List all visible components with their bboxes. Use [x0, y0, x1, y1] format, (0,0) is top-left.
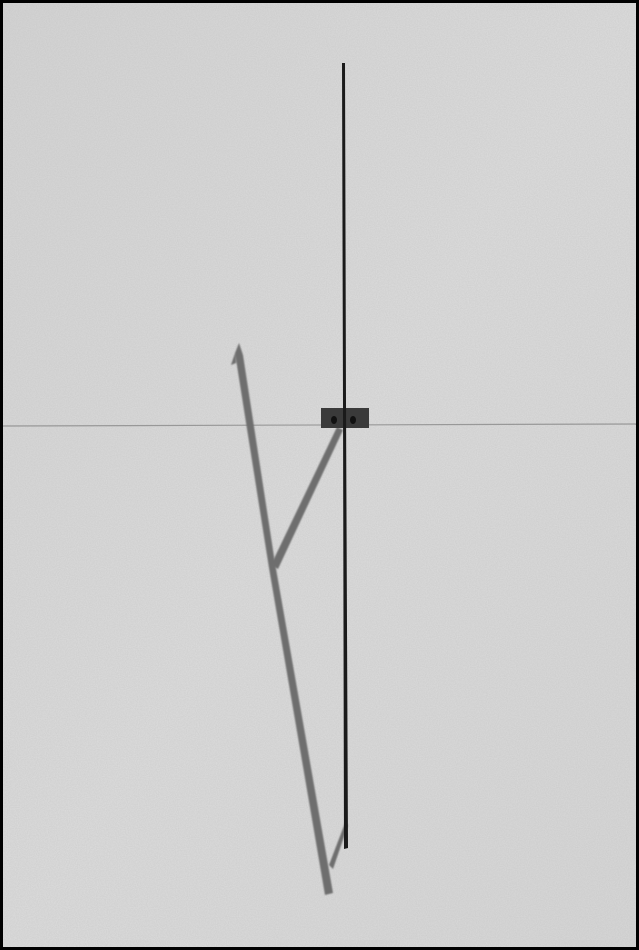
photo-frame — [0, 0, 639, 950]
bolt-left — [331, 416, 337, 424]
photograph — [3, 3, 636, 947]
photo-scene — [3, 3, 636, 947]
bolt-right — [350, 416, 356, 424]
